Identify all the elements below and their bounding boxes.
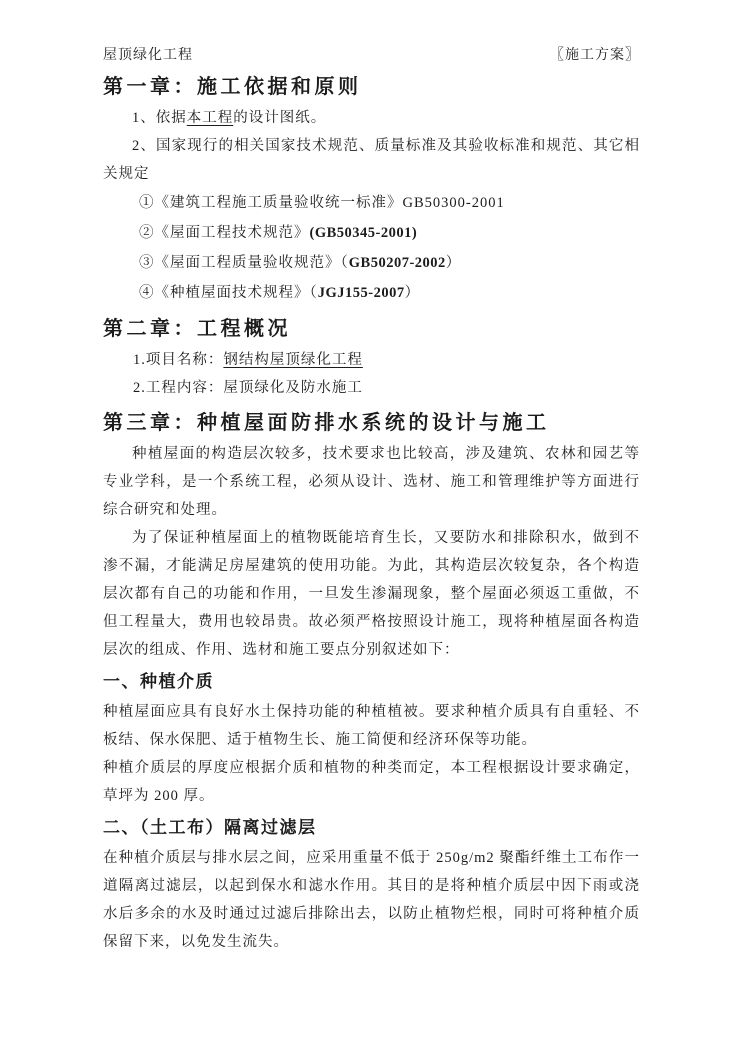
reference-item-1: ①《建筑工程施工质量验收统一标准》GB50300-2001 <box>103 188 640 218</box>
reference-4-code-bold: JGJ155-2007 <box>318 285 405 301</box>
chapter3-heading: 第三章：种植屋面防排水系统的设计与施工 <box>103 408 640 438</box>
chapter2-item-1-label: 1.项目名称： <box>133 352 223 368</box>
chapter2-item-1-underlined: 钢结构屋顶绿化工程 <box>223 352 363 368</box>
chapter3-para-1: 种植屋面的构造层次较多，技术要求也比较高，涉及建筑、农林和园艺等专业学科，是一个… <box>103 440 640 524</box>
reference-2-text: ②《屋面工程技术规范》 <box>139 225 310 241</box>
reference-3-code-bold: GB50207-2002 <box>349 255 446 271</box>
reference-4-text: ④《种植屋面技术规程》（ <box>139 285 318 301</box>
reference-item-4: ④《种植屋面技术规程》（JGJ155-2007） <box>103 278 640 308</box>
header-doc-tag: 〖施工方案〗 <box>550 46 640 66</box>
chapter2-heading: 第二章：工程概况 <box>103 314 640 344</box>
reference-1-text: ①《建筑工程施工质量验收统一标准》 <box>139 195 403 211</box>
chapter1-item-1-underlined: 本工程 <box>187 110 234 126</box>
reference-item-3: ③《屋面工程质量验收规范》（GB50207-2002） <box>103 248 640 278</box>
reference-4-code: ） <box>405 285 421 301</box>
section2-para-1: 在种植介质层与排水层之间，应采用重量不低于 250g/m2 聚酯纤维土工布作一道… <box>103 844 640 956</box>
chapter1-item-1: 1、依据本工程的设计图纸。 <box>103 104 640 132</box>
section1-para-2: 种植介质层的厚度应根据介质和植物的种类而定，本工程根据设计要求确定，草坪为 20… <box>103 754 640 810</box>
reference-3-code: ） <box>446 255 462 271</box>
reference-1-code: GB50300-2001 <box>403 195 505 211</box>
chapter1-item-2: 2、国家现行的相关国家技术规范、质量标准及其验收标准和规范、其它相关规定 <box>103 132 640 188</box>
reference-2-code-bold: (GB50345-2001) <box>310 225 418 241</box>
document-page: 屋顶绿化工程 〖施工方案〗 第一章：施工依据和原则 1、依据本工程的设计图纸。 … <box>0 0 744 1052</box>
section1-para-1: 种植屋面应具有良好水土保持功能的种植植被。要求种植介质具有自重轻、不板结、保水保… <box>103 698 640 754</box>
chapter1-heading: 第一章：施工依据和原则 <box>103 72 640 102</box>
section2-heading: 二、（土工布）隔离过滤层 <box>103 814 640 842</box>
page-header: 屋顶绿化工程 〖施工方案〗 <box>103 46 640 66</box>
chapter3-para-2: 为了保证种植屋面上的植物既能培育生长，又要防水和排除积水，做到不渗不漏，才能满足… <box>103 524 640 664</box>
reference-item-2: ②《屋面工程技术规范》(GB50345-2001) <box>103 218 640 248</box>
chapter1-item-1-pre: 1、依据 <box>132 110 187 126</box>
chapter2-item-2: 2.工程内容：屋顶绿化及防水施工 <box>103 374 640 402</box>
chapter2-item-1: 1.项目名称：钢结构屋顶绿化工程 <box>103 346 640 374</box>
header-doc-title: 屋顶绿化工程 <box>103 46 193 66</box>
section1-heading: 一、种植介质 <box>103 668 640 696</box>
chapter1-item-1-post: 的设计图纸。 <box>233 110 326 126</box>
reference-3-text: ③《屋面工程质量验收规范》（ <box>139 255 349 271</box>
